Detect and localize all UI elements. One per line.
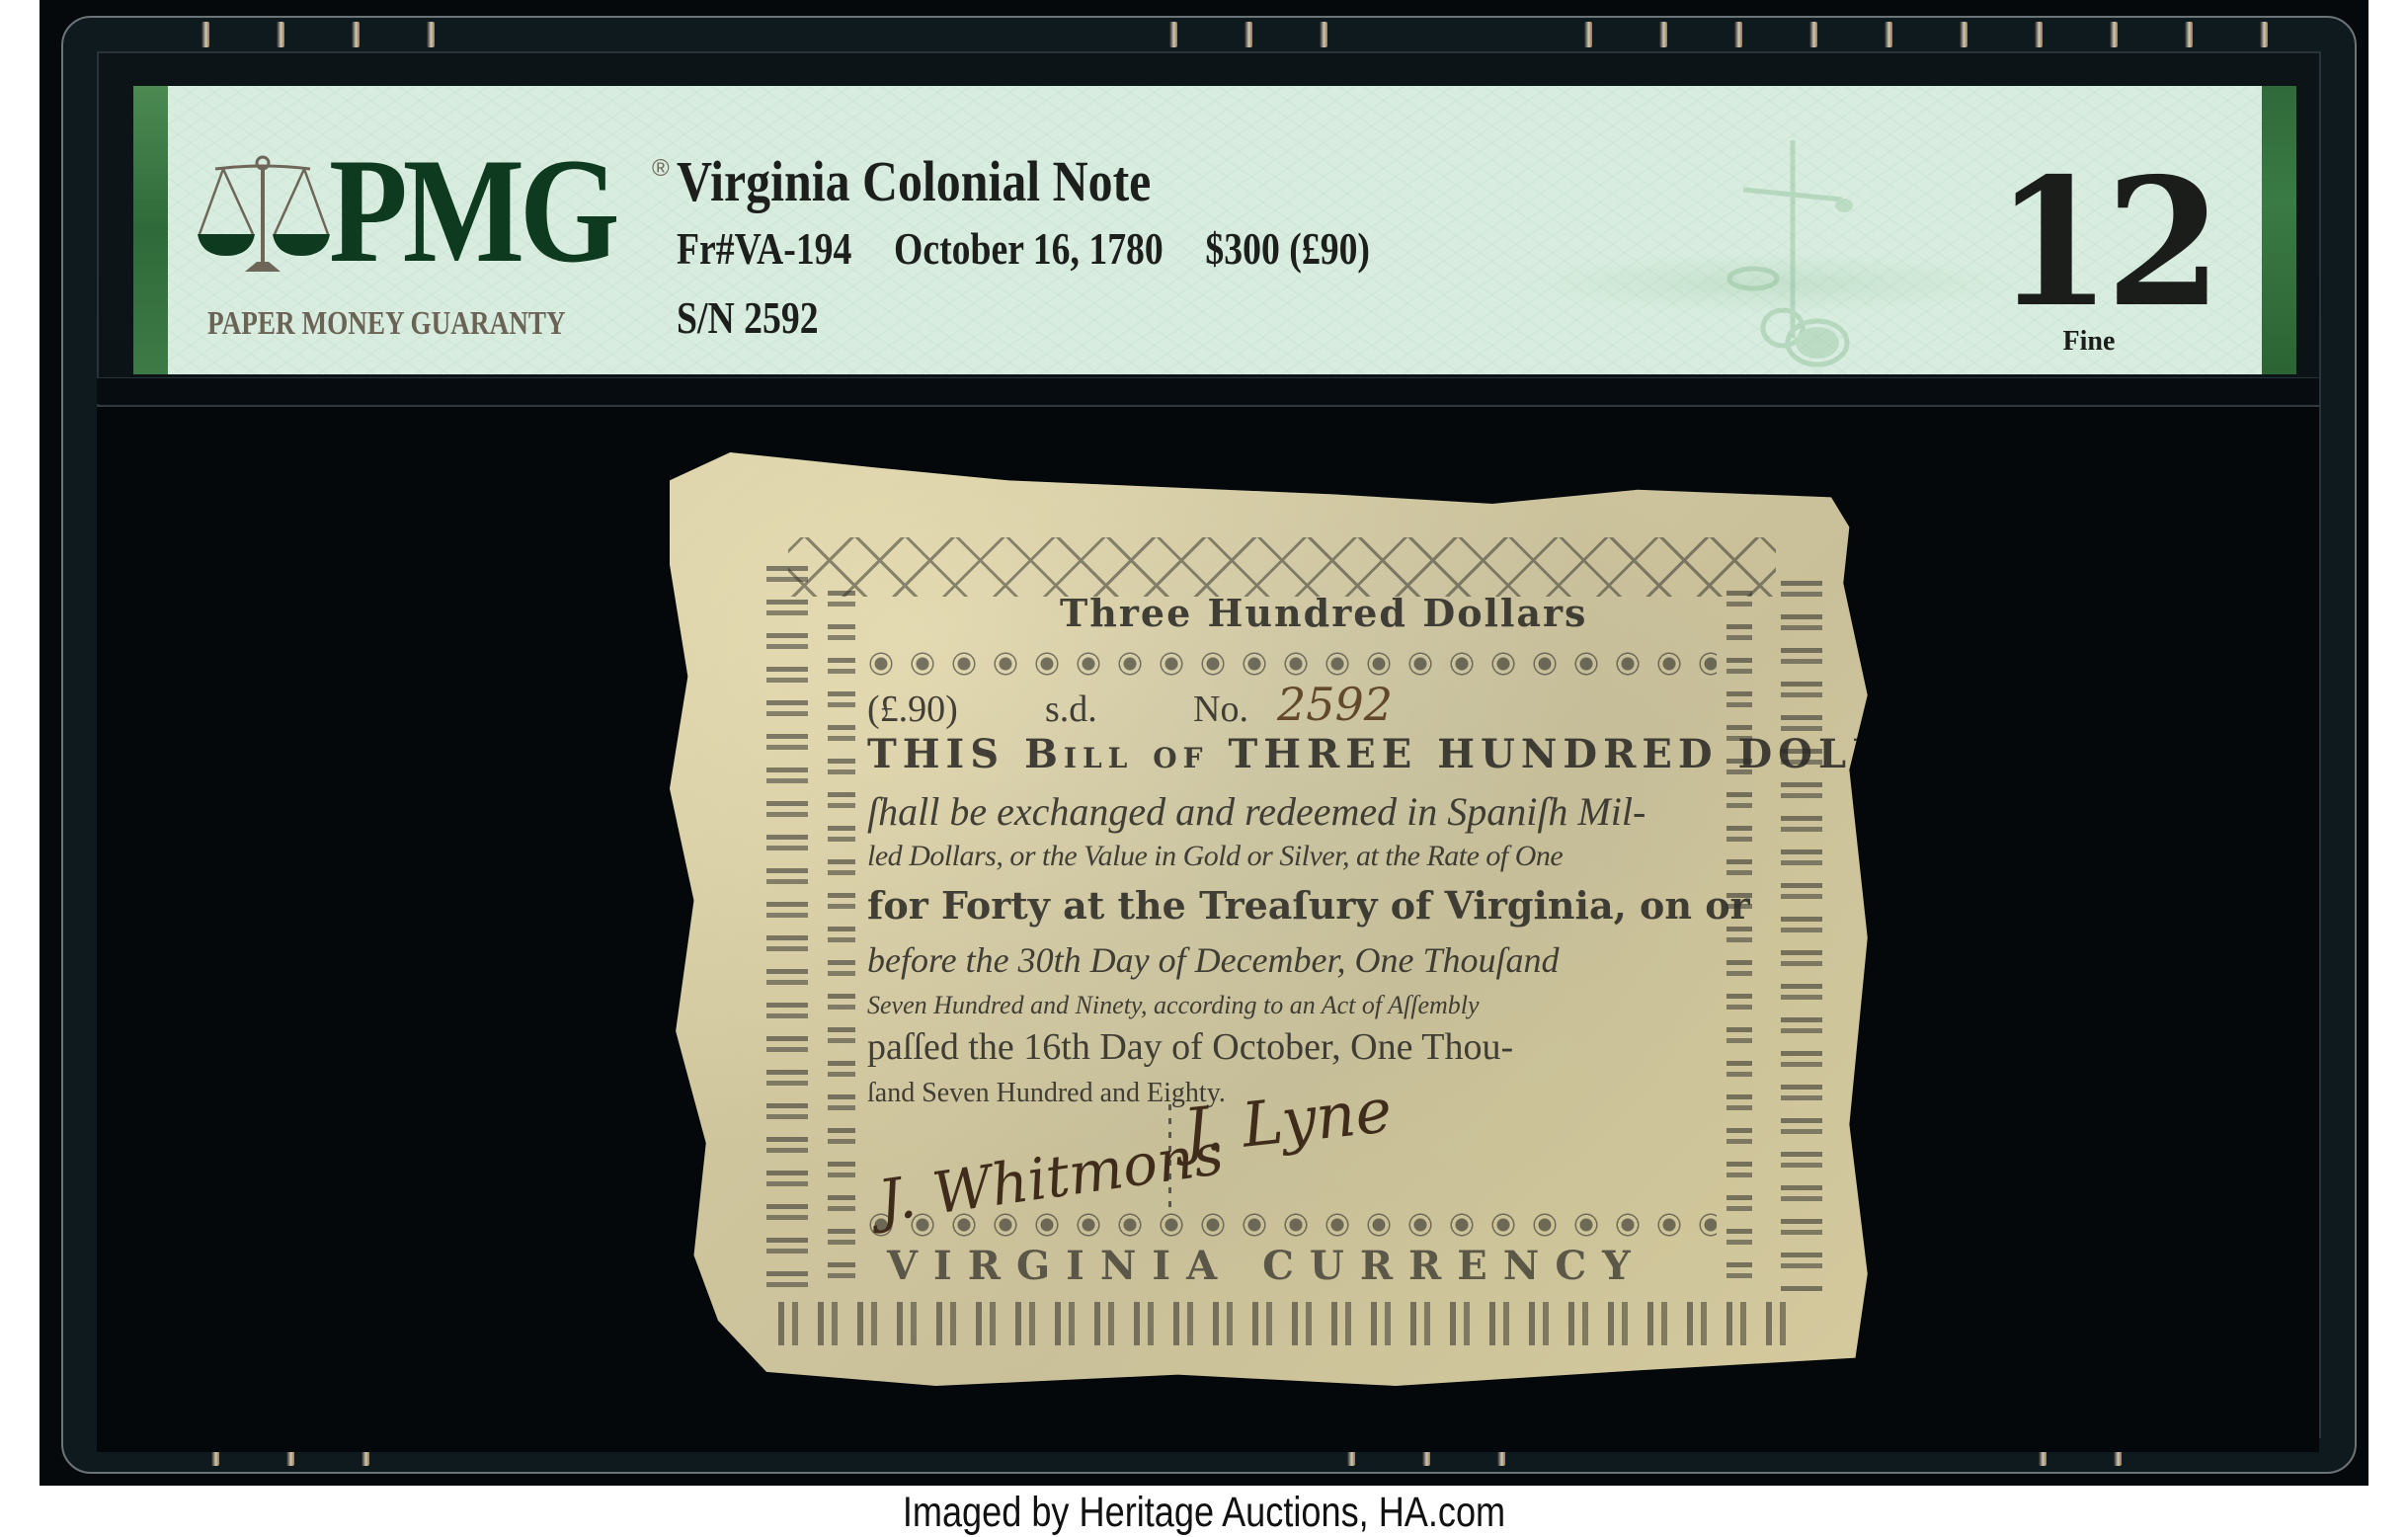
note-right-inner-border (1726, 591, 1752, 1282)
note-title: Virginia Colonial Note (677, 153, 1151, 210)
note-body-line-6: Seven Hundred and Ninety, according to a… (867, 991, 1480, 1020)
note-bottom-ornament (778, 1302, 1806, 1345)
note-number-prefix: No. (1193, 688, 1248, 731)
label-left-stripe (133, 86, 168, 374)
note-shillings-pence: s.d. (1045, 688, 1097, 731)
note-dot-ornament-row (867, 650, 1717, 678)
holder-rail-ticks-top-mid (1169, 22, 1327, 47)
note-body-line-7: paſſed the 16th Day of October, One Thou… (867, 1025, 1513, 1069)
note-body-line-2: ſhall be exchanged and redeemed in Spani… (867, 788, 1645, 835)
scales-watermark-icon (1724, 130, 1862, 367)
label-right-stripe (2262, 86, 2296, 374)
serial-number: S/N 2592 (677, 295, 819, 341)
holder-rail-ticks-top-right (1584, 22, 2268, 47)
note-left-outer-border (766, 566, 808, 1297)
issue-date: October 16, 1780 (894, 223, 1164, 274)
note-header: Three Hundred Dollars (1060, 591, 1587, 635)
note-body-line-3: led Dollars, or the Value in Gold or Sil… (867, 840, 1563, 873)
note-pounds: (£.90) (867, 688, 958, 731)
grade-description: Fine (1990, 326, 2188, 358)
note-right-outer-border (1781, 581, 1822, 1292)
pmg-logo: PMG (329, 135, 614, 285)
note-footer: VIRGINIA CURRENCY (887, 1243, 1646, 1289)
note-body-line-5: before the 30th Day of December, One Tho… (867, 939, 1560, 981)
grading-label: PMG ® PAPER MONEY GUARANTY Virginia Colo… (133, 86, 2296, 374)
note-body-line-8: ſand Seven Hundred and Eighty. (867, 1078, 1226, 1109)
note-top-ornament (788, 537, 1776, 597)
image-credit-caption: Imaged by Heritage Auctions, HA.com (193, 1488, 2215, 1537)
pmg-tagline: PAPER MONEY GUARANTY (207, 305, 566, 343)
holder-seam (97, 377, 2319, 404)
virginia-colonial-note: Three Hundred Dollars (£.90) s.d. No. 25… (670, 452, 1880, 1386)
note-details-line: Fr#VA-194October 16, 1780$300 (£90) (677, 226, 1370, 272)
note-handwritten-serial: 2592 (1277, 678, 1393, 731)
holder-rail-ticks-top-left (201, 22, 435, 47)
catalog-number: Fr#VA-194 (677, 223, 851, 274)
grade-number: 12 (1995, 155, 2183, 331)
registered-mark: ® (652, 155, 670, 183)
scales-of-justice-icon (196, 155, 331, 277)
note-body-line-4: for Forty at the Treaſury of Virginia, o… (867, 883, 1750, 928)
denomination: $300 (£90) (1205, 223, 1370, 274)
note-left-inner-border (828, 591, 855, 1282)
note-body-line-1: THIS Bill of THREE HUNDRED DOLLARS (867, 731, 1995, 777)
